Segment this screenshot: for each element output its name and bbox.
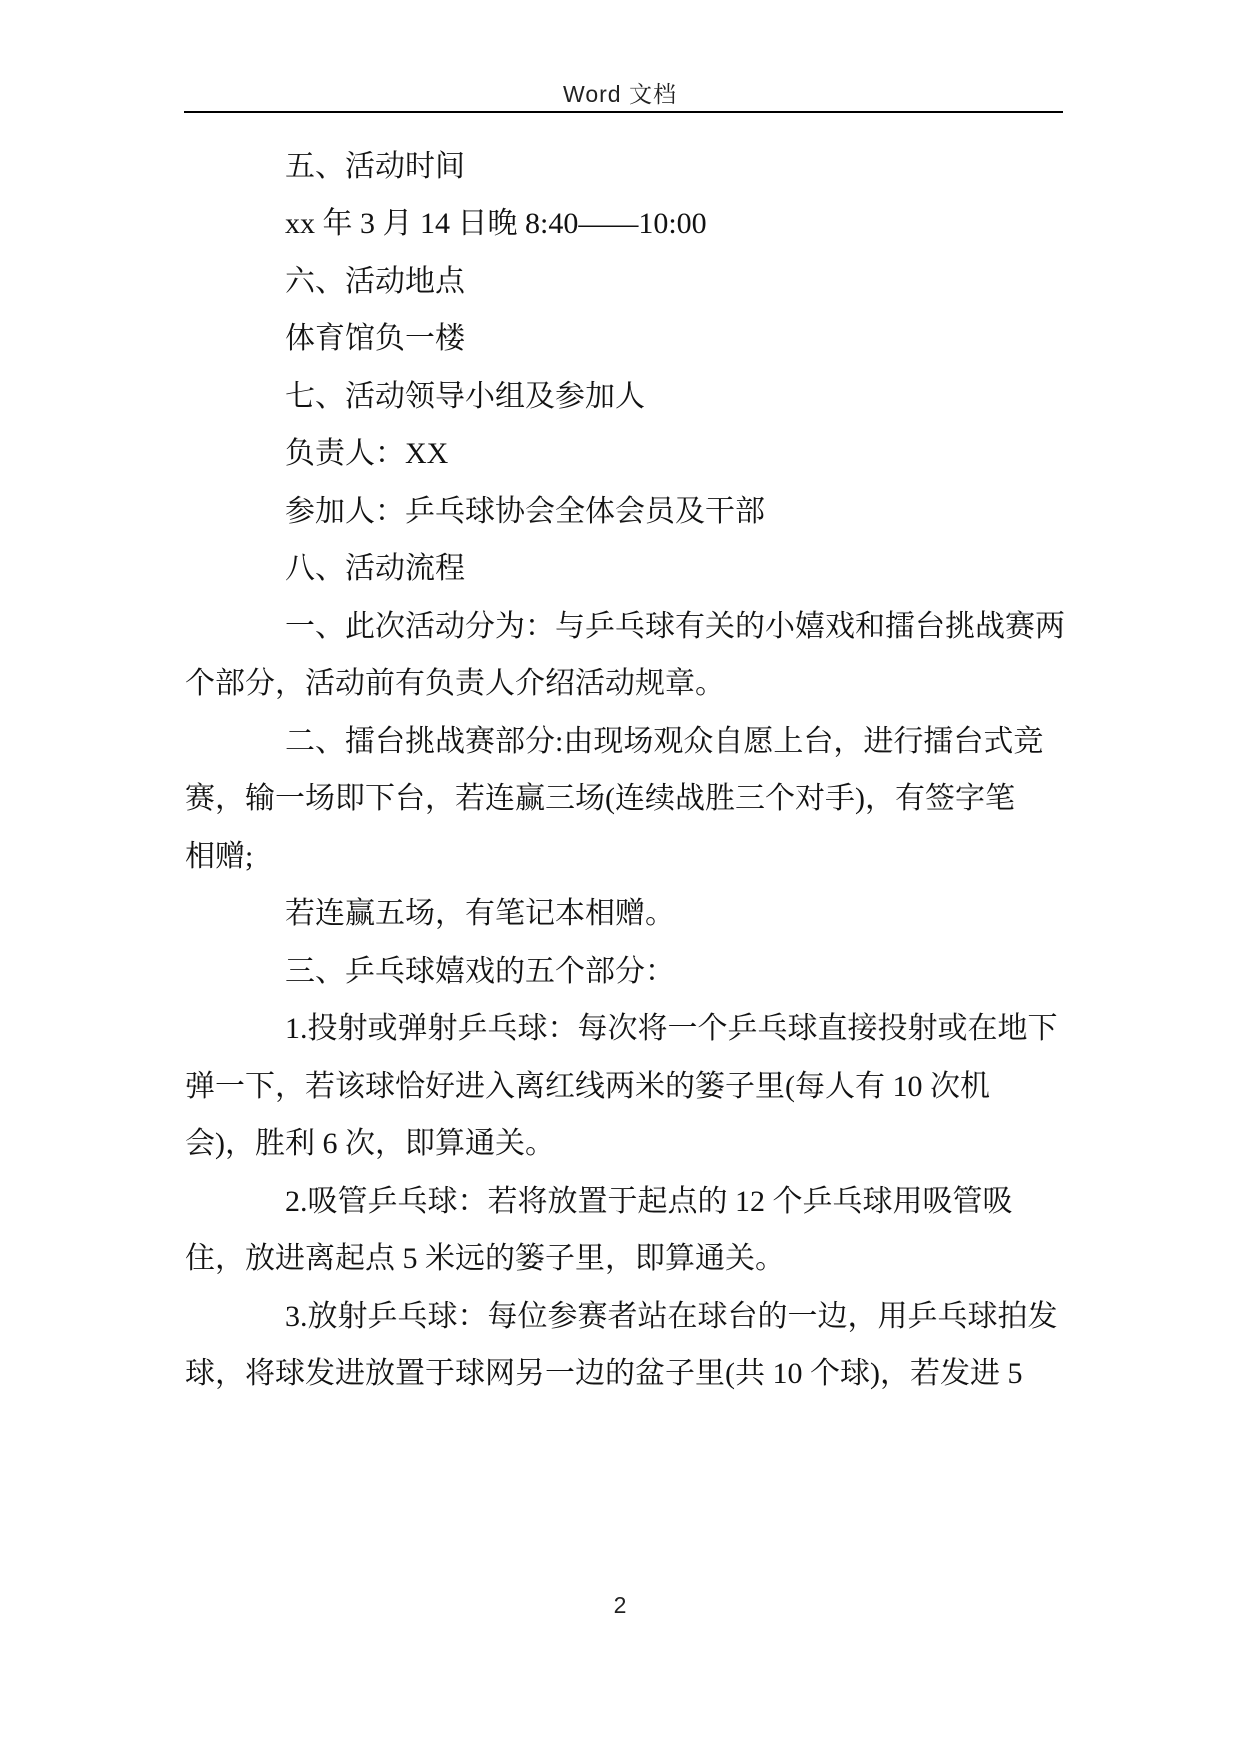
text-line: 赛，输一场即下台，若连赢三场(连续战胜三个对手)，有签字笔	[185, 771, 1055, 829]
text-line: 若连赢五场，有笔记本相赠。	[185, 886, 1055, 944]
text-line: 八、活动流程	[185, 541, 1055, 599]
text-line: 3.放射乒乓球：每位参赛者站在球台的一边，用乒乓球拍发	[185, 1288, 1055, 1346]
text-line: 会)，胜利 6 次，即算通关。	[185, 1116, 1055, 1174]
header-divider	[184, 111, 1063, 113]
text-line: xx 年 3 月 14 日晚 8:40——10:00	[185, 196, 1055, 254]
text-line: 弹一下，若该球恰好进入离红线两米的篓子里(每人有 10 次机	[185, 1058, 1055, 1116]
text-line: 一、此次活动分为：与乒乓球有关的小嬉戏和擂台挑战赛两	[185, 598, 1055, 656]
text-line: 住，放进离起点 5 米远的篓子里，即算通关。	[185, 1231, 1055, 1289]
page-number: 2	[0, 1592, 1240, 1619]
text-line: 个部分，活动前有负责人介绍活动规章。	[185, 656, 1055, 714]
text-line: 七、活动领导小组及参加人	[185, 368, 1055, 426]
document-page: Word 文档 五、活动时间xx 年 3 月 14 日晚 8:40——10:00…	[0, 0, 1240, 1753]
text-line: 相赠;	[185, 828, 1055, 886]
text-line: 六、活动地点	[185, 253, 1055, 311]
text-line: 二、擂台挑战赛部分:由现场观众自愿上台，进行擂台式竞	[185, 713, 1055, 771]
text-line: 2.吸管乒乓球：若将放置于起点的 12 个乒乓球用吸管吸	[185, 1173, 1055, 1231]
text-line: 负责人：XX	[185, 426, 1055, 484]
text-line: 五、活动时间	[185, 138, 1055, 196]
document-body: 五、活动时间xx 年 3 月 14 日晚 8:40——10:00六、活动地点体育…	[185, 138, 1055, 1403]
text-line: 三、乒乓球嬉戏的五个部分：	[185, 943, 1055, 1001]
text-line: 1.投射或弹射乒乓球：每次将一个乒乓球直接投射或在地下	[185, 1001, 1055, 1059]
header-title: Word 文档	[0, 76, 1240, 109]
text-line: 球，将球发进放置于球网另一边的盆子里(共 10 个球)，若发进 5	[185, 1346, 1055, 1404]
text-line: 体育馆负一楼	[185, 311, 1055, 369]
text-line: 参加人：乒乓球协会全体会员及干部	[185, 483, 1055, 541]
